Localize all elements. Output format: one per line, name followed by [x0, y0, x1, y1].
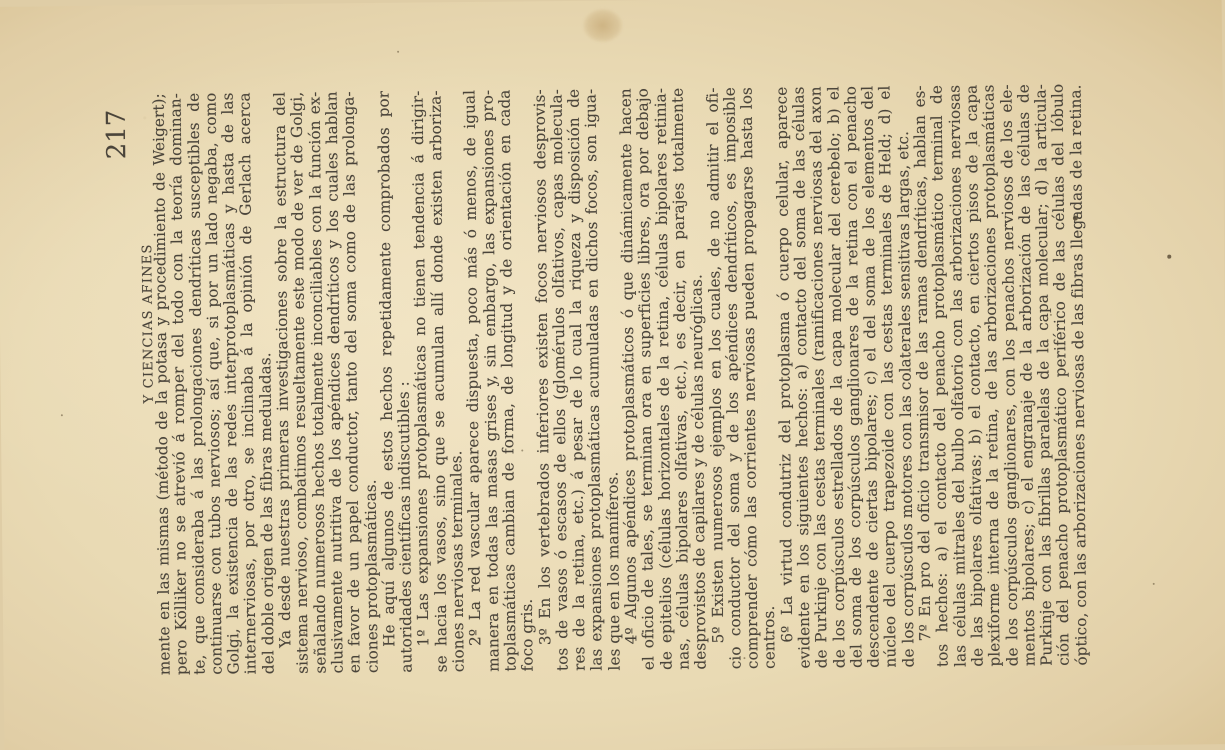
paper-speck — [60, 414, 62, 416]
body-text: mente en las mismas (método de la potasa… — [150, 83, 1090, 675]
scanned-book-page: Y CIENCIAS AFINES 217 mente en las misma… — [0, 0, 1225, 750]
paper-stain — [582, 8, 622, 42]
paper-speck — [397, 50, 399, 52]
page-number: 217 — [101, 109, 132, 159]
paper-speck — [1152, 582, 1154, 584]
ink-speck — [1167, 254, 1171, 258]
paper-sheet: Y CIENCIAS AFINES 217 mente en las misma… — [0, 0, 1225, 750]
